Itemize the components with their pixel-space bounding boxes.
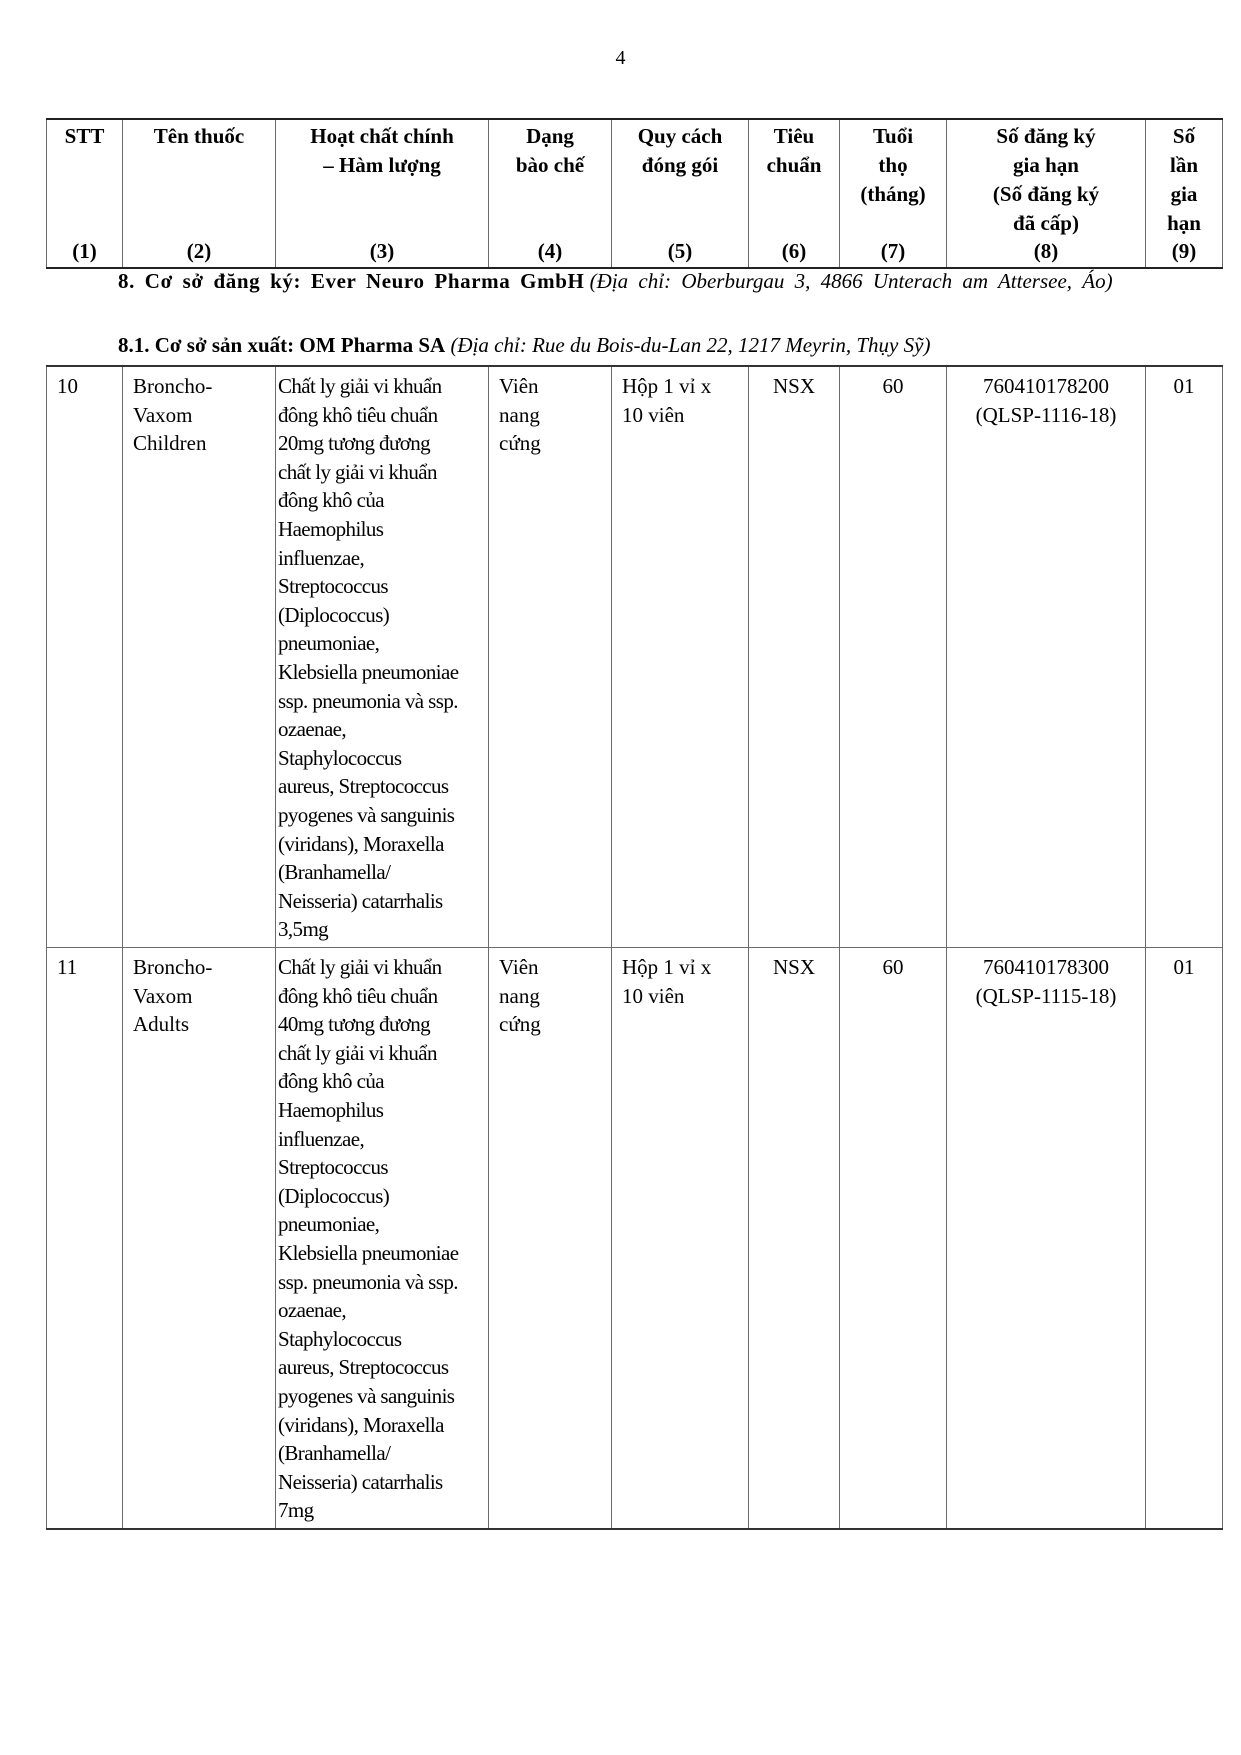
registrant-label: 8. Cơ sở đăng ký: Ever Neuro Pharma GmbH — [118, 269, 584, 293]
column-header-drug-name: Tên thuốc(2) — [123, 119, 276, 268]
column-header-stt: STT(1) — [47, 119, 123, 268]
manufacturer-section: 8.1. Cơ sở sản xuất: OM Pharma SA (Địa c… — [118, 330, 1130, 360]
column-number: (8) — [947, 237, 1145, 266]
column-number: (3) — [276, 237, 488, 266]
column-title: Hoạt chất chính– Hàm lượng — [276, 122, 488, 180]
table-row: 11Broncho-VaxomAdultsChất ly giải vi khu… — [47, 948, 1223, 1530]
column-number: (2) — [123, 237, 275, 266]
packaging-cell: Hộp 1 vỉ x10 viên — [612, 948, 749, 1530]
column-number: (9) — [1146, 237, 1222, 266]
column-title: Tiêuchuẩn — [749, 122, 839, 180]
column-header-renewal-count: Sốlầngiahạn(9) — [1146, 119, 1223, 268]
column-title: Tên thuốc — [123, 122, 275, 151]
column-title: STT — [47, 122, 122, 151]
column-header-packaging: Quy cáchđóng gói(5) — [612, 119, 749, 268]
column-number: (1) — [47, 237, 122, 266]
column-title: Tuổithọ(tháng) — [840, 122, 946, 209]
page-number: 4 — [0, 47, 1241, 70]
renewal-count-cell: 01 — [1146, 366, 1223, 948]
registration-number-cell: 760410178300(QLSP-1115-18) — [947, 948, 1146, 1530]
registrant-address: (Địa chỉ: Oberburgau 3, 4866 Unterach am… — [590, 269, 1113, 293]
active-ingredient-cell: Chất ly giải vi khuẩnđông khô tiêu chuẩn… — [276, 948, 489, 1530]
column-header-active-ingredient: Hoạt chất chính– Hàm lượng(3) — [276, 119, 489, 268]
column-title: Số đăng kýgia hạn(Số đăng kýđã cấp) — [947, 122, 1145, 238]
dosage-form-cell: Viênnangcứng — [489, 366, 612, 948]
header-row: STT(1) Tên thuốc(2) Hoạt chất chính– Hàm… — [47, 119, 1223, 268]
registration-number-cell: 760410178200(QLSP-1116-18) — [947, 366, 1146, 948]
renewal-count-cell: 01 — [1146, 948, 1223, 1530]
table-row: 10Broncho-VaxomChildrenChất ly giải vi k… — [47, 366, 1223, 948]
registrant-section: 8. Cơ sở đăng ký: Ever Neuro Pharma GmbH… — [118, 266, 1130, 296]
shelf-life-cell: 60 — [840, 948, 947, 1530]
stt-cell: 10 — [47, 366, 123, 948]
column-number: (6) — [749, 237, 839, 266]
manufacturer-address: (Địa chỉ: Rue du Bois-du-Lan 22, 1217 Me… — [450, 333, 930, 357]
standard-cell: NSX — [749, 366, 840, 948]
column-number: (4) — [489, 237, 611, 266]
packaging-cell: Hộp 1 vỉ x10 viên — [612, 366, 749, 948]
column-header-standard: Tiêuchuẩn(6) — [749, 119, 840, 268]
stt-cell: 11 — [47, 948, 123, 1530]
standard-cell: NSX — [749, 948, 840, 1530]
column-title: Quy cáchđóng gói — [612, 122, 748, 180]
manufacturer-label: 8.1. Cơ sở sản xuất: OM Pharma SA — [118, 333, 445, 357]
column-number: (5) — [612, 237, 748, 266]
column-header-shelf-life: Tuổithọ(tháng)(7) — [840, 119, 947, 268]
active-ingredient-cell: Chất ly giải vi khuẩnđông khô tiêu chuẩn… — [276, 366, 489, 948]
drug-name-cell: Broncho-VaxomAdults — [123, 948, 276, 1530]
column-title: Dạngbào chế — [489, 122, 611, 180]
column-header-dosage-form: Dạngbào chế(4) — [489, 119, 612, 268]
table-header: STT(1) Tên thuốc(2) Hoạt chất chính– Hàm… — [46, 118, 1223, 269]
drug-table: 10Broncho-VaxomChildrenChất ly giải vi k… — [46, 365, 1223, 1530]
dosage-form-cell: Viênnangcứng — [489, 948, 612, 1530]
column-header-registration-number: Số đăng kýgia hạn(Số đăng kýđã cấp)(8) — [947, 119, 1146, 268]
column-title: Sốlầngiahạn — [1146, 122, 1222, 238]
column-number: (7) — [840, 237, 946, 266]
shelf-life-cell: 60 — [840, 366, 947, 948]
drug-name-cell: Broncho-VaxomChildren — [123, 366, 276, 948]
